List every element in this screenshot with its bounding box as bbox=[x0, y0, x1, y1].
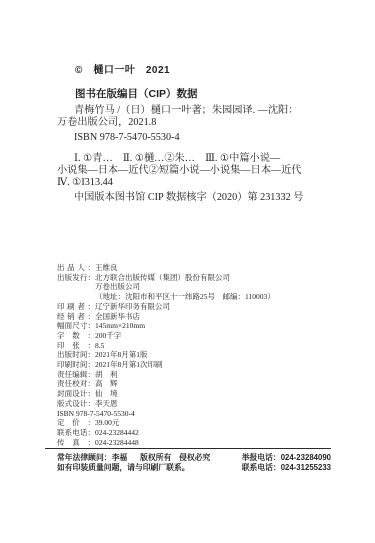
cip-record-number: 中国版本图书馆 CIP 数据核字（2020）第 231332 号 bbox=[57, 192, 323, 204]
cip-line-title: 青梅竹马 /（日）樋口一叶著；朱园园译. —沈阳： bbox=[57, 105, 323, 117]
cip-line-classification: Ⅰ. ①青… Ⅱ. ①樋…②朱… Ⅲ. ①中篇小说— bbox=[57, 153, 323, 165]
cip-line-isbn: ISBN 978-7-5470-5530-4 bbox=[57, 132, 323, 144]
field-value: 024-23284442 bbox=[95, 428, 139, 437]
field-value: 2021年8月第1版 bbox=[95, 350, 148, 359]
field-value: 辽宁新华印务有限公司 bbox=[95, 302, 170, 311]
field-label: 字数： bbox=[57, 331, 95, 341]
colophon-row-distributor: 经销者：全国新华书店 bbox=[57, 312, 332, 322]
colophon-row-editor: 责任编辑：胡 利 bbox=[57, 370, 332, 380]
colophon-row-producer: 出品人：王维良 bbox=[57, 263, 332, 273]
colophon-block: 出品人：王维良 出版发行：北方联合出版传媒（集团）股份有限公司 万卷出版公司 （… bbox=[57, 263, 332, 447]
colophon-row-isbn: ISBN 978-7-5470-5530-4 bbox=[57, 409, 332, 419]
colophon-row-sheets: 印张：8.5 bbox=[57, 341, 332, 351]
field-value: 李天恩 bbox=[95, 399, 118, 408]
copyright-notice: © 樋口一叶 2021 bbox=[75, 61, 170, 76]
colophon-row-printer: 印刷者：辽宁新华印务有限公司 bbox=[57, 302, 332, 312]
field-label: 定价： bbox=[57, 418, 95, 428]
field-label: 版式设计： bbox=[57, 399, 95, 409]
field-value: 200千字 bbox=[95, 331, 121, 340]
field-label: 幅面尺寸： bbox=[57, 321, 95, 331]
field-label: 传真： bbox=[57, 438, 95, 448]
field-value: 北方联合出版传媒（集团）股份有限公司 bbox=[95, 273, 230, 282]
colophon-row-dimensions: 幅面尺寸：145mm×210mm bbox=[57, 321, 332, 331]
field-label: 出版发行： bbox=[57, 273, 95, 283]
field-label: 印刷时间： bbox=[57, 360, 95, 370]
field-value: 万卷出版公司 bbox=[95, 282, 140, 291]
colophon-row-print-date: 印刷时间：2021年8月第1次印刷 bbox=[57, 360, 332, 370]
field-value: 王维良 bbox=[95, 263, 118, 272]
colophon-row-proofreader: 责任校对：高 辉 bbox=[57, 379, 332, 389]
field-value: 145mm×210mm bbox=[95, 321, 145, 330]
field-value: 2021年8月第1次印刷 bbox=[95, 360, 163, 369]
footer-block: 常年法律顾问：李福 版权所有 侵权必究 举报电话：024-23284090 如有… bbox=[57, 453, 331, 473]
legal-counsel-text: 常年法律顾问：李福 bbox=[57, 453, 127, 463]
field-value: ISBN 978-7-5470-5530-4 bbox=[57, 409, 135, 418]
field-label: 印张： bbox=[57, 341, 95, 351]
footer-line-1: 常年法律顾问：李福 版权所有 侵权必究 举报电话：024-23284090 bbox=[57, 453, 331, 463]
divider-rule bbox=[45, 448, 331, 449]
field-value: 仙 境 bbox=[95, 389, 118, 398]
field-label: 出品人： bbox=[57, 263, 95, 273]
colophon-row-price: 定价：39.00元 bbox=[57, 418, 332, 428]
colophon-row-publisher-2: 万卷出版公司 bbox=[57, 282, 332, 292]
cip-line-publisher: 万卷出版公司，2021.8 bbox=[57, 117, 323, 129]
field-value: 39.00元 bbox=[95, 418, 119, 427]
field-label: 出版时间： bbox=[57, 350, 95, 360]
field-value: 全国新华书店 bbox=[95, 312, 140, 321]
colophon-row-phone: 联系电话：024-23284442 bbox=[57, 428, 332, 438]
field-label: 印刷者： bbox=[57, 302, 95, 312]
copyright-page: © 樋口一叶 2021 图书在版编目（CIP）数据 青梅竹马 /（日）樋口一叶著… bbox=[0, 0, 375, 543]
colophon-row-fax: 传真：024-23284448 bbox=[57, 438, 332, 448]
cip-heading: 图书在版编目（CIP）数据 bbox=[75, 86, 198, 101]
field-label: 经销者： bbox=[57, 312, 95, 322]
colophon-row-wordcount: 字数：200千字 bbox=[57, 331, 332, 341]
quality-note-text: 如有印装质量问题，请与印刷厂联系。 bbox=[57, 463, 190, 473]
field-value: 高 辉 bbox=[95, 379, 118, 388]
field-label: 联系电话： bbox=[57, 428, 95, 438]
cip-data-block: 青梅竹马 /（日）樋口一叶著；朱园园译. —沈阳： 万卷出版公司，2021.8 … bbox=[57, 105, 323, 204]
field-value: 胡 利 bbox=[95, 370, 118, 379]
colophon-row-address: （地址：沈阳市和平区十一纬路25号 邮编：110003） bbox=[57, 292, 332, 302]
field-value: 024-23284448 bbox=[95, 438, 139, 447]
contact-phone-text: 联系电话：024-31255233 bbox=[242, 463, 331, 473]
report-phone-text: 举报电话：024-23284090 bbox=[242, 453, 331, 463]
colophon-row-layout-design: 版式设计：李天恩 bbox=[57, 399, 332, 409]
field-label: 封面设计： bbox=[57, 389, 95, 399]
colophon-row-cover-design: 封面设计：仙 境 bbox=[57, 389, 332, 399]
rights-notice-text: 版权所有 侵权必究 bbox=[140, 453, 210, 463]
field-value: （地址：沈阳市和平区十一纬路25号 邮编：110003） bbox=[95, 292, 275, 301]
colophon-row-pub-date: 出版时间：2021年8月第1版 bbox=[57, 350, 332, 360]
colophon-row-publisher: 出版发行：北方联合出版传媒（集团）股份有限公司 bbox=[57, 273, 332, 283]
field-value: 8.5 bbox=[95, 341, 104, 350]
field-label: 责任校对： bbox=[57, 379, 95, 389]
cip-line-classification: Ⅳ. ①I313.44 bbox=[57, 177, 323, 189]
cip-line-classification: 小说集—日本—近代②短篇小说—小说集—日本—近代 bbox=[57, 165, 323, 177]
field-label: 责任编辑： bbox=[57, 370, 95, 380]
footer-line-2: 如有印装质量问题，请与印刷厂联系。 联系电话：024-31255233 bbox=[57, 463, 331, 473]
